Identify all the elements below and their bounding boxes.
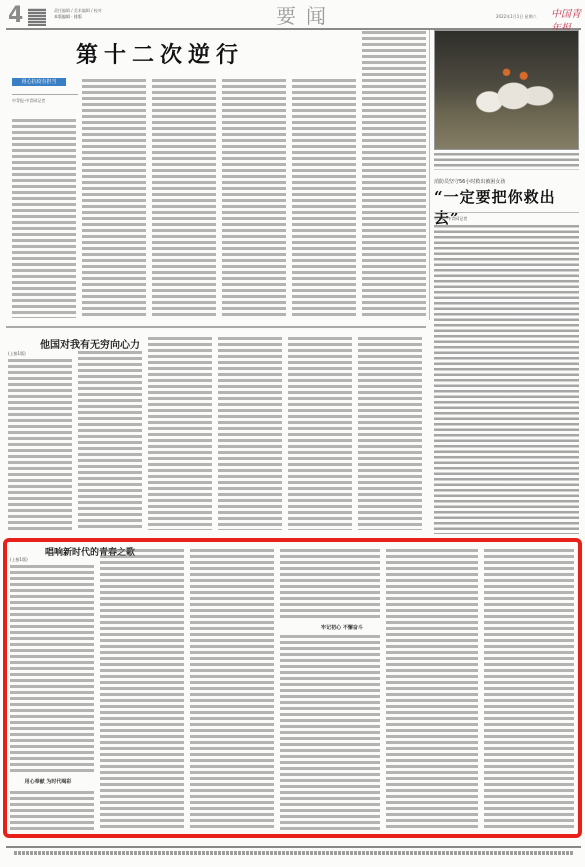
newspaper-page: 4 责任编辑 / 美术编辑 / 校对 本版编辑 · 排版 要闻 2022年1月1… (0, 0, 585, 867)
top-story-headline: 第十二次逆行 (60, 38, 260, 69)
top-story-column-2 (82, 78, 146, 318)
middle-story-column-1 (8, 358, 72, 530)
issue-date: 2022年1月1日 星期六 (496, 14, 537, 20)
masthead: 4 责任编辑 / 美术编辑 / 校对 本版编辑 · 排版 要闻 2022年1月1… (6, 4, 581, 30)
middle-story-column-6 (358, 336, 422, 530)
highlighted-subheading-1: 用心奉献 为时代喝彩 (18, 778, 78, 785)
top-story-tag: 用心抗疫有担当 (12, 78, 66, 86)
top-story-column-1 (12, 118, 76, 318)
middle-story-column-2 (78, 350, 142, 530)
middle-story-source: (上接1版) (8, 351, 26, 357)
photo-caption (434, 152, 579, 170)
middle-story-headline: 他国对我有无穷向心力 (30, 336, 150, 351)
side-story-byline: 中青报·中青网记者 (434, 212, 579, 222)
side-story-kicker: 消防员坚守56小时救出被困女孩 (434, 178, 579, 185)
middle-story-column-4 (218, 336, 282, 530)
middle-story-column-5 (288, 336, 352, 530)
highlighted-column-3 (190, 548, 274, 830)
page-logo-icon (28, 8, 46, 26)
highlighted-column-4b (280, 634, 380, 830)
highlighted-column-5 (386, 548, 478, 830)
footer-text-line (14, 851, 574, 855)
section-divider (6, 326, 426, 328)
highlighted-column-1 (10, 564, 94, 774)
highlighted-subheading-2: 牢记初心 不懈奋斗 (312, 624, 372, 631)
top-story-column-4 (222, 78, 286, 318)
page-number: 4 (8, 4, 23, 28)
rescue-photo (434, 30, 579, 150)
top-story-column-5 (292, 78, 356, 318)
section-name: 要闻 (276, 4, 336, 28)
masthead-meta: 责任编辑 / 美术编辑 / 校对 本版编辑 · 排版 (54, 8, 102, 20)
highlighted-column-4a (280, 548, 380, 620)
column-divider (429, 30, 430, 320)
top-story-column-6 (362, 30, 426, 318)
side-story-body (434, 224, 579, 534)
page-footer: 社址 · 广告 · 发行 · 印刷 · 定价信息 (6, 846, 581, 858)
middle-story-column-3 (148, 336, 212, 530)
top-story-byline: 中青报·中青网记者 (12, 94, 78, 104)
masthead-meta-line-2: 本版编辑 · 排版 (54, 14, 102, 20)
footer-label: 社址 · 广告 · 发行 · 印刷 · 定价信息 (14, 850, 61, 854)
top-story-column-3 (152, 78, 216, 318)
highlighted-column-1b (10, 790, 94, 830)
highlighted-article-source: (上接1版) (10, 557, 28, 563)
highlighted-column-6 (484, 548, 574, 830)
highlighted-column-2 (100, 548, 184, 830)
